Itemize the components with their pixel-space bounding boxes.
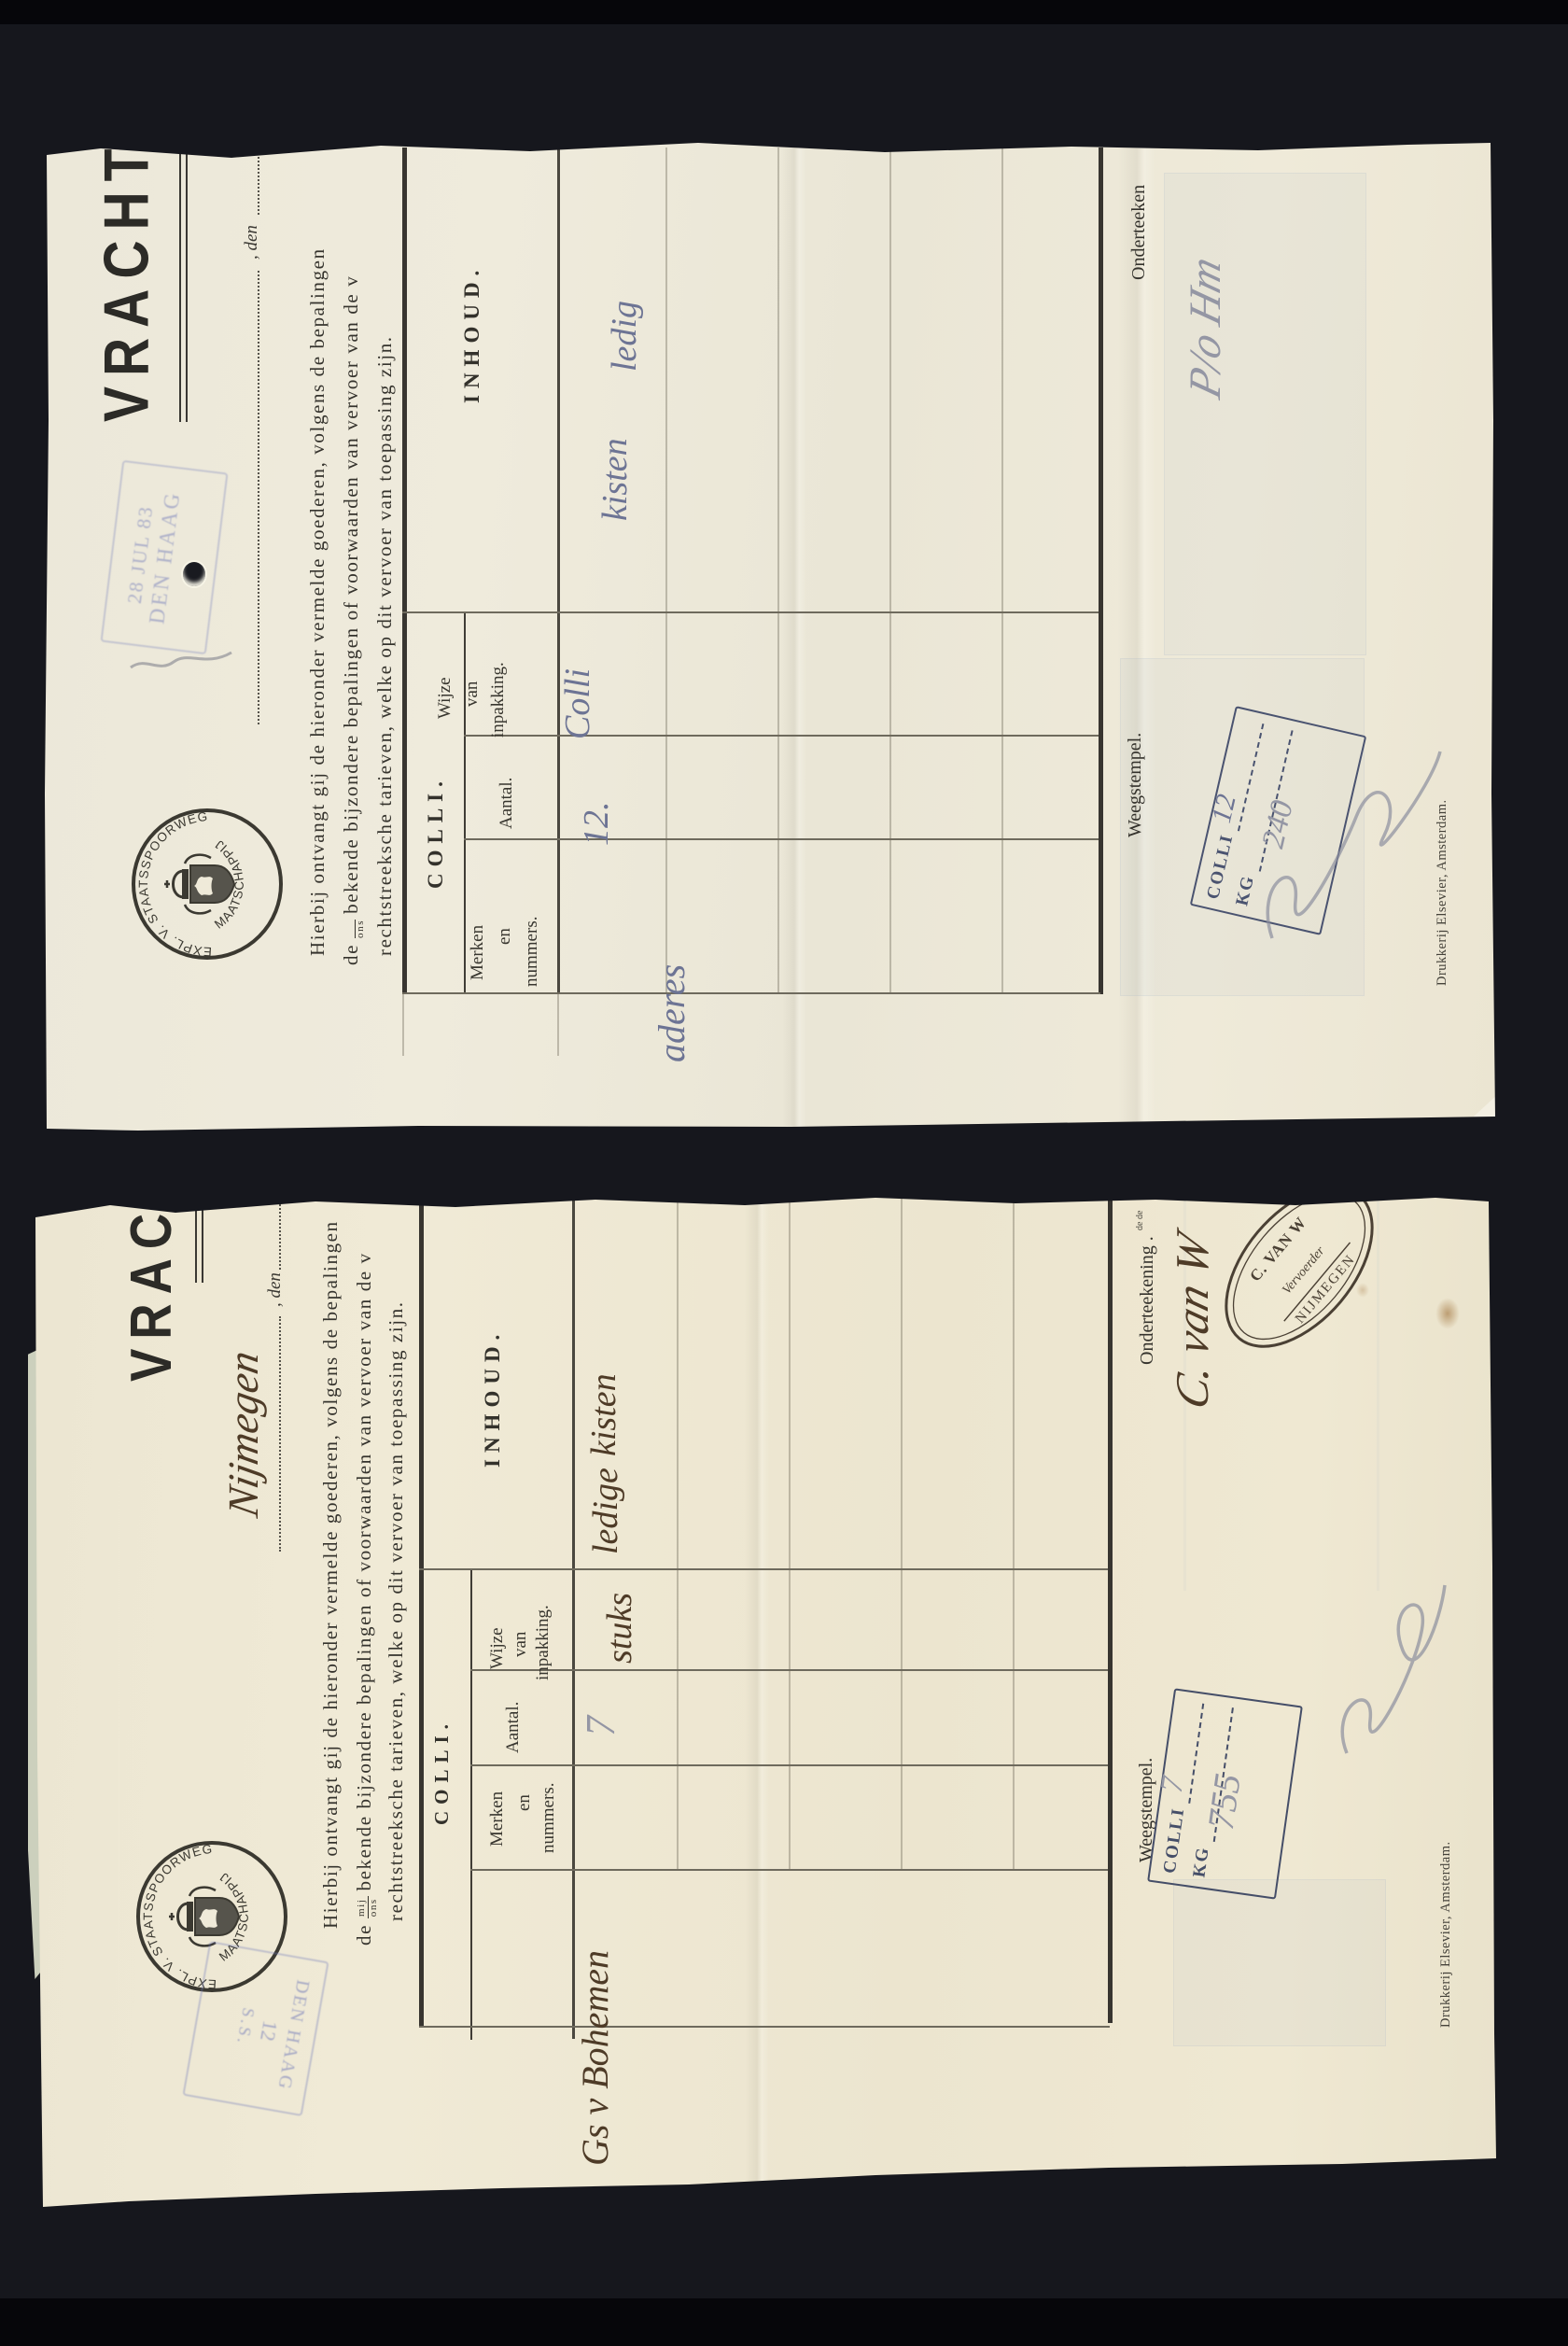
row-line [1001,148,1003,992]
title-underline [179,153,181,422]
wijze-header-2: van [463,681,481,707]
paragraph-line1: Hierbij ontvangt gij de hieronder vermel… [308,247,328,956]
pencil-scribble [127,630,239,686]
verso-bleed [1164,173,1366,655]
line2-rest: bekende bijzondere bepalingen of voorwaa… [340,275,362,914]
merken-header-1: Merken [469,925,486,980]
colli-label: COLLI [1203,832,1238,901]
aantal-header: Aantal. [504,1702,522,1753]
consignor-signature: P/o Hm [1183,252,1228,403]
entry-inhoud-1: ledige [588,1468,623,1554]
aantal-header: Aantal. [497,778,515,829]
table-bottom-border [1108,1199,1113,2023]
printer-imprint: Drukkerij Elsevier, Amsterdam. [1435,799,1449,986]
onderteekening-smallwords: de de [1135,1211,1145,1230]
row-line [901,1199,903,1869]
pencil-flourish [1244,714,1449,948]
title-underline [202,1197,203,1283]
title-underline [195,1197,197,1283]
kg-label: KG [1189,1845,1213,1878]
stain [1356,1283,1369,1298]
arrival-datestamp: 28 JUL 83 DEN HAAG [100,460,228,654]
waybill-top: VRACHT , den 28 JUL 83 DEN HAAG T. EXPL.… [45,140,1498,1137]
row-line [777,148,779,992]
paper-crease [745,1193,769,2213]
entry-aantal: 7 [581,1716,622,1736]
printer-imprint: Drukkerij Elsevier, Amsterdam. [1439,1841,1453,2028]
column-line-merken [470,1869,1108,1871]
weigh-stamp-box: COLLI KG 7 755 [1147,1688,1303,1899]
table-header-rule [572,1199,575,2039]
paragraph-line3: rechtstreeksche tarieven, welke op dit v… [375,335,395,956]
line2-rest: bekende bijzondere bepalingen of voorwaa… [353,1252,375,1890]
table-header-rule [557,148,560,992]
waybill-bottom: VRACHT , den Nijmegen T. EXPL. V. STAATS… [35,1193,1499,2213]
merken-header-3: nummers. [539,1783,557,1853]
line2-lead: de [353,1924,375,1946]
place-handwritten: Nijmegen [222,1348,265,1520]
scan-border-bottom [0,2298,1568,2346]
kg-value: 755 [1198,1771,1250,1833]
merken-header-3: nummers. [523,917,540,987]
emblem-crest [169,1888,239,1946]
table-left-border [419,2026,1110,2028]
verso-bleed [1173,1879,1386,2046]
column-line-aantal [464,838,1099,840]
merken-header-2: en [515,1794,533,1811]
merken-header-1: Merken [488,1791,506,1847]
consignor-signature: C. van W [1169,1228,1215,1413]
row-line [789,1199,791,1869]
title-underline [186,153,188,422]
emblem-crest [164,855,234,914]
frac-bottom: ons [355,920,366,938]
colli-label: COLLI [1160,1806,1190,1875]
row-line [889,148,891,992]
staatsspoorwegen-emblem: T. EXPL. V. STAATSSPOORWEGEN MAATSCHAPPI… [129,806,286,962]
row-line [665,148,667,992]
paragraph-line2: deonsbekende bijzondere bepalingen of vo… [342,275,367,965]
column-line-inhoud [419,1568,1108,1570]
rule-extension [402,992,404,1056]
weegstempel-label: Weegstempel. [1126,733,1144,837]
wijze-header-1: Wijze [436,677,454,719]
entry-inhoud-2: ledig [607,301,642,372]
wijze-header-3: inpakking. [534,1605,552,1680]
scan-of-two-waybills: { "background": {"backdrop_color": "#161… [0,0,1568,2346]
stain [1435,1298,1460,1329]
column-line-inhoud [402,611,1099,613]
paragraph-line2: demijonsbekende bijzondere bepalingen of… [355,1252,380,1946]
onderteekening-label: Onderteeken [1129,185,1148,280]
date-word: , den [266,1272,284,1307]
date-word: , den [243,225,260,260]
table-bottom-border [1099,148,1103,994]
line2-lead: de [340,944,362,965]
mij-ons-fraction: ons [355,920,367,938]
colli-subheader-rule [470,1568,472,2040]
entry-merken: aderes [653,964,691,1062]
onderteekening-label: Onderteekening . [1138,1236,1156,1365]
entry-wijze: Colli [560,668,595,739]
wijze-header-1: Wijze [488,1627,506,1669]
place-dotted-line [279,1316,281,1552]
row-line [677,1199,679,1869]
entry-inhoud-2: kisten [586,1373,622,1456]
scan-border-top [0,0,1568,24]
entry-merken: Gs v Bohemen [577,1950,614,2166]
merken-header-2: en [496,928,513,945]
form-title: VRACHT [122,1193,181,1382]
entry-wijze: stuks [602,1593,637,1664]
rule-extension [557,992,559,1056]
frac-bottom: ons [368,1898,379,1917]
place-dotted-line [258,271,259,724]
inhoud-header: INHOUD. [482,1328,503,1468]
table-left-border [402,992,1100,994]
colli-subheader-rule [464,611,466,992]
date-dotted-line [258,149,259,215]
colli-group-header: COLLI. [425,775,446,889]
table-top-border [402,148,407,992]
paper-crease [782,140,806,1137]
paragraph-line3: rechtstreeksche tarieven, welke op dit v… [386,1300,406,1921]
punch-hole [183,562,205,586]
date-dotted-line [279,1197,281,1270]
wijze-header-2: van [511,1632,529,1657]
entry-aantal: 12. [579,802,614,847]
wijze-header-3: inpakking. [489,662,507,738]
table-top-border [419,1199,424,2026]
pencil-flourish [1328,1566,1449,1763]
paragraph-line1: Hierbij ontvangt gij de hieronder vermel… [321,1220,341,1929]
inhoud-header: INHOUD. [461,264,483,403]
colli-group-header: COLLI. [432,1718,452,1825]
form-title: VRACHT [96,140,159,422]
mij-ons-fraction: mijons [357,1897,379,1918]
colli-value: 12 [1206,792,1243,826]
entry-inhoud-1: kisten [597,438,633,521]
row-line [1013,1199,1015,1869]
